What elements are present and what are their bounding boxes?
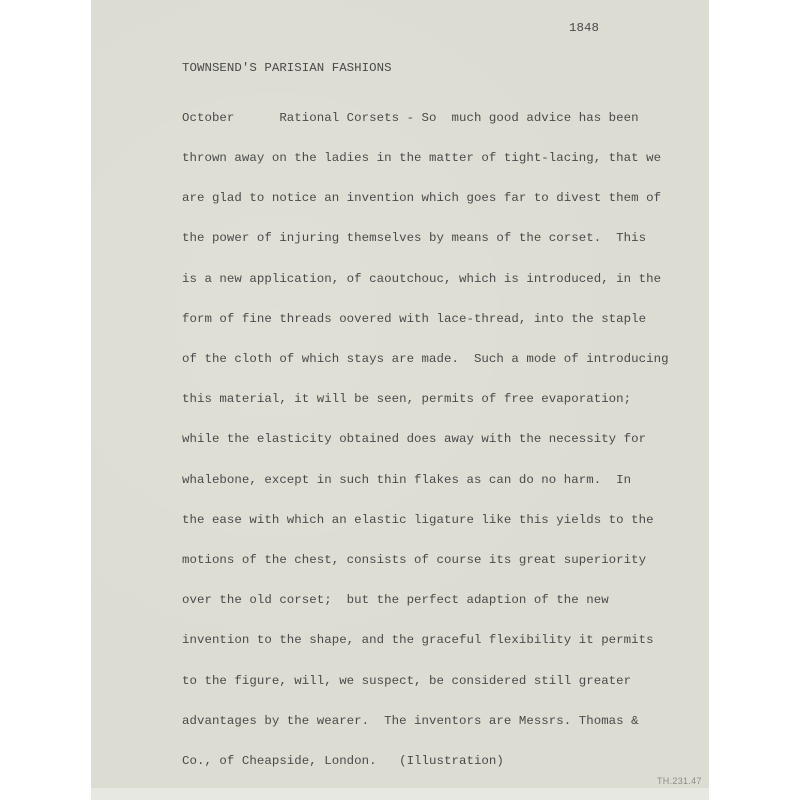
year-label: 1848 [569, 21, 599, 35]
body-line: over the old corset; but the perfect ada… [182, 594, 669, 607]
body-line: are glad to notice an invention which go… [182, 192, 669, 205]
body-text: October Rational Corsets - So much good … [182, 85, 669, 782]
body-line: the ease with which an elastic ligature … [182, 514, 669, 527]
body-line: whalebone, except in such thin flakes as… [182, 474, 669, 487]
body-line: Co., of Cheapside, London. (Illustration… [182, 755, 669, 768]
body-line: of the cloth of which stays are made. Su… [182, 353, 669, 366]
body-line: form of fine threads oovered with lace-t… [182, 313, 669, 326]
body-line: is a new application, of caoutchouc, whi… [182, 273, 669, 286]
catalog-number: TH.231.47 [657, 776, 702, 786]
body-line: October Rational Corsets - So much good … [182, 112, 669, 125]
body-line: advantages by the wearer. The inventors … [182, 715, 669, 728]
page-heading: TOWNSEND'S PARISIAN FASHIONS [182, 61, 392, 75]
body-line: to the figure, will, we suspect, be cons… [182, 675, 669, 688]
body-line: invention to the shape, and the graceful… [182, 634, 669, 647]
page-bottom-edge [91, 788, 709, 800]
body-line: while the elasticity obtained does away … [182, 433, 669, 446]
body-line: motions of the chest, consists of course… [182, 554, 669, 567]
body-line: thrown away on the ladies in the matter … [182, 152, 669, 165]
body-line: the power of injuring themselves by mean… [182, 232, 669, 245]
body-line: this material, it will be seen, permits … [182, 393, 669, 406]
